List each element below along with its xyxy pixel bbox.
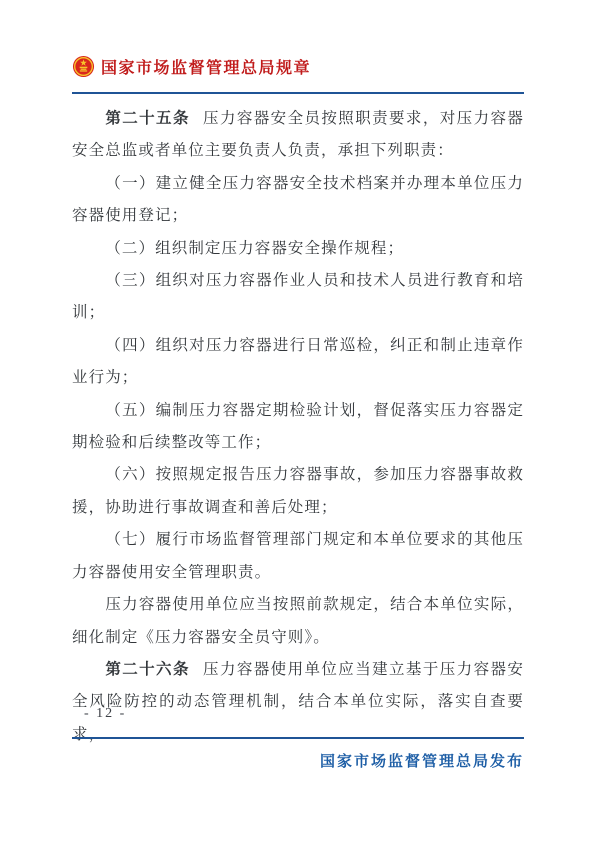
header-rule [72,92,524,94]
publisher-label: 国家市场监督管理总局发布 [72,750,524,771]
national-emblem-icon [72,55,95,78]
paragraph-item-6: （六）按照规定报告压力容器事故，参加压力容器事故救援，协助进行事故调查和善后处理… [72,459,524,524]
paragraph-text: （四）组织对压力容器进行日常巡检，纠正和制止违章作业行为； [72,337,524,386]
paragraph-item-2: （二）组织制定压力容器安全操作规程； [72,233,524,265]
paragraph-item-1: （一）建立健全压力容器安全技术档案并办理本单位压力容器使用登记； [72,168,524,233]
paragraph-text: （七）履行市场监督管理部门规定和本单位要求的其他压力容器使用安全管理职责。 [72,531,524,580]
paragraph-closing: 压力容器使用单位应当按照前款规定，结合本单位实际，细化制定《压力容器安全员守则》… [72,589,524,654]
footer-rule [72,737,524,739]
paragraph-text: （一）建立健全压力容器安全技术档案并办理本单位压力容器使用登记； [72,175,524,224]
paragraph-text: 压力容器使用单位应当按照前款规定，结合本单位实际，细化制定《压力容器安全员守则》… [72,596,524,645]
article-number: 第二十六条 [105,661,190,678]
paragraph-item-3: （三）组织对压力容器作业人员和技术人员进行教育和培训； [72,265,524,330]
paragraph-item-7: （七）履行市场监督管理部门规定和本单位要求的其他压力容器使用安全管理职责。 [72,524,524,589]
paragraph-article-25: 第二十五条压力容器安全员按照职责要求，对压力容器安全总监或者单位主要负责人负责，… [72,103,524,168]
page-number: - 12 - [84,706,126,722]
document-page: 国家市场监督管理总局规章 第二十五条压力容器安全员按照职责要求，对压力容器安全总… [0,0,595,842]
page-header: 国家市场监督管理总局规章 [72,55,524,78]
document-body: 第二十五条压力容器安全员按照职责要求，对压力容器安全总监或者单位主要负责人负责，… [72,103,524,751]
header-title: 国家市场监督管理总局规章 [101,55,311,78]
paragraph-text: （六）按照规定报告压力容器事故，参加压力容器事故救援，协助进行事故调查和善后处理… [72,466,524,515]
paragraph-item-4: （四）组织对压力容器进行日常巡检，纠正和制止违章作业行为； [72,330,524,395]
paragraph-text: （二）组织制定压力容器安全操作规程； [105,240,404,257]
article-number: 第二十五条 [105,110,190,127]
paragraph-text: （三）组织对压力容器作业人员和技术人员进行教育和培训； [72,272,524,321]
paragraph-text: （五）编制压力容器定期检验计划，督促落实压力容器定期检验和后续整改等工作； [72,402,524,451]
paragraph-item-5: （五）编制压力容器定期检验计划，督促落实压力容器定期检验和后续整改等工作； [72,395,524,460]
